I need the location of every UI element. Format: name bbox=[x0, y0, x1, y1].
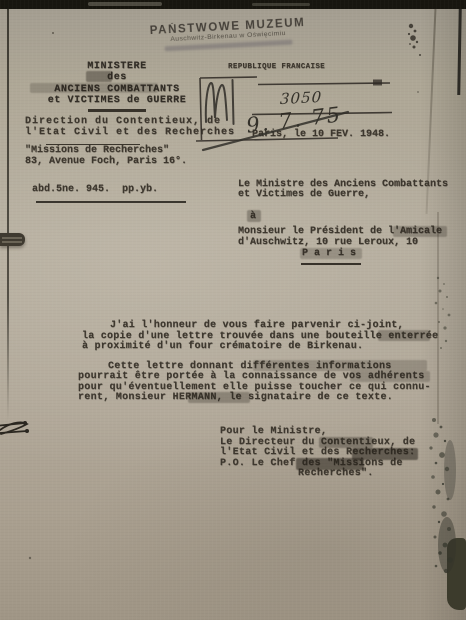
office-address: 83, Avenue Foch, Paris 16°. bbox=[25, 157, 187, 168]
page-left-edge bbox=[7, 9, 9, 421]
photo-top-border bbox=[0, 0, 466, 9]
ink-smudge bbox=[296, 458, 364, 470]
ministry-name-line: des bbox=[30, 72, 204, 83]
ink-smudge bbox=[393, 226, 447, 237]
ink-smudge bbox=[378, 330, 430, 341]
ink-smudge bbox=[188, 392, 250, 403]
ministry-name-line: et VICTIMES de GUERRE bbox=[30, 95, 204, 106]
paper-crease bbox=[437, 212, 439, 424]
direction-line: Direction du Contentieux, de bbox=[25, 117, 221, 128]
document-photo: PAŃSTWOWE MUZEUM Auschwitz-Birkenau w Oś… bbox=[0, 0, 466, 620]
photo-border-glare bbox=[252, 3, 310, 6]
body-line: J'ai l'honneur de vous faire parvenir ci… bbox=[110, 321, 404, 332]
ink-smudge bbox=[247, 210, 261, 222]
service-name: "Missions de Recherches" bbox=[25, 146, 169, 157]
binder-clip bbox=[0, 233, 25, 246]
file-reference: abd.5ne. 945. pp.yb. bbox=[32, 185, 158, 196]
ink-smudge bbox=[30, 83, 158, 93]
ink-smudge bbox=[350, 371, 430, 382]
photo-border-glare bbox=[88, 2, 162, 6]
ministry-name-line: MINISTERE bbox=[30, 61, 204, 72]
ink-smudge bbox=[86, 71, 112, 82]
body-line: à proximité d'un four crématoire de Birk… bbox=[82, 342, 363, 353]
signature-line: Pour le Ministre, bbox=[220, 427, 327, 438]
ink-smudge bbox=[300, 248, 362, 259]
city-underline bbox=[301, 263, 361, 265]
corner-stain bbox=[447, 538, 466, 610]
reference-underline bbox=[36, 201, 186, 203]
registry-stamp-title: REPUBLIQUE FRANCAISE bbox=[228, 62, 325, 73]
sender-title-2: et Victimes de Guerre, bbox=[238, 190, 370, 201]
ink-smudge bbox=[253, 360, 427, 371]
ink-smudge bbox=[319, 437, 373, 448]
signature-line: Recherches". bbox=[298, 469, 374, 480]
direction-line: l'Etat Civil et des Recherches bbox=[25, 128, 235, 139]
letterhead-rule bbox=[88, 109, 146, 112]
